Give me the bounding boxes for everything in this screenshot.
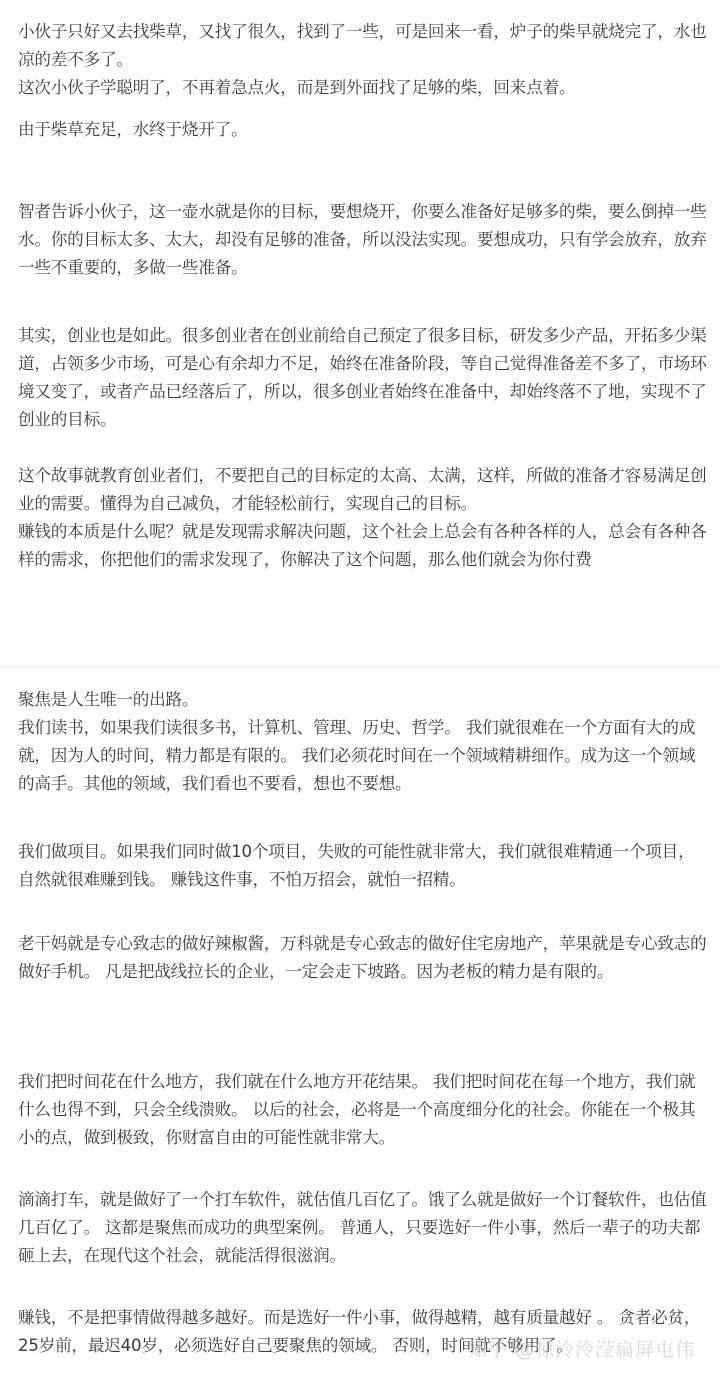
section-divider [0,666,720,668]
paragraph: 我们做项目。如果我们同时做10个项目，失败的可能性就非常大，我们就很难精通一个项… [18,838,708,894]
paragraph: 小伙子只好又去找柴草，又找了很久，找到了一些，可是回来一看，炉子的柴早就烧完了，… [18,18,708,102]
zhihu-watermark: 知乎 @惊泠泠滢扁屏屯伟 [468,1335,695,1362]
paragraph: 老干妈就是专心致志的做好辣椒酱，万科就是专心致志的做好住宅房地产，苹果就是专心致… [18,930,708,986]
paragraph: 由于柴草充足，水终于烧开了。 [18,116,708,144]
paragraph: 我们把时间花在什么地方，我们就在什么地方开花结果。 我们把时间花在每一个地方，我… [18,1068,708,1152]
paragraph: 聚焦是人生唯一的出路。 我们读书，如果我们读很多书，计算机、管理、历史、哲学。 … [18,686,708,798]
paragraph: 这个故事就教育创业者们，不要把自己的目标定的太高、太满，这样，所做的准备才容易满… [18,462,708,574]
paragraph: 智者告诉小伙子，这一壶水就是你的目标，要想烧开，你要么准备好足够多的柴，要么倒掉… [18,198,708,282]
paragraph: 其实，创业也是如此。很多创业者在创业前给自己预定了很多目标，研发多少产品，开拓多… [18,322,708,434]
paragraph: 滴滴打车，就是做好了一个打车软件，就估值几百亿了。饿了么就是做好一个订餐软件，也… [18,1186,708,1270]
